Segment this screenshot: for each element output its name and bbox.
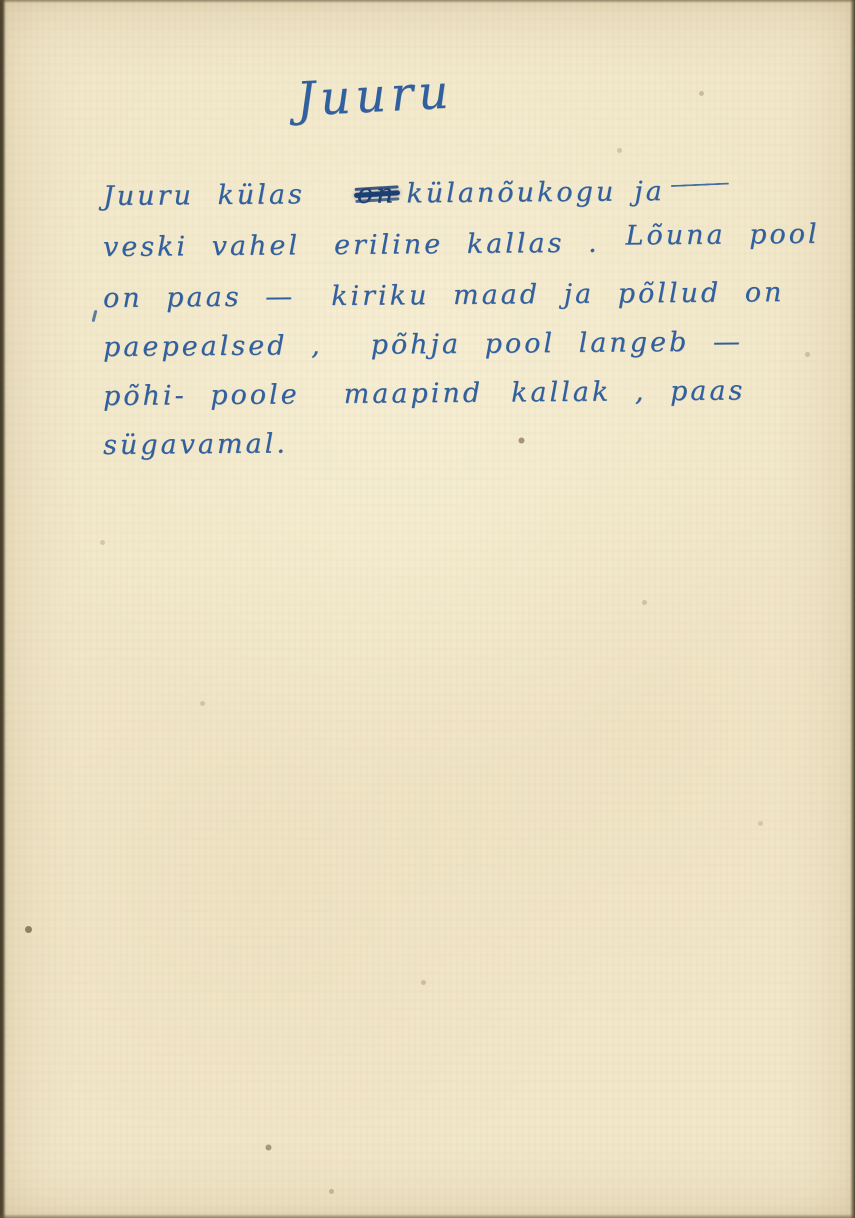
handwriting-segment: külanõukogu [406, 177, 616, 210]
crossed-out-word: on [357, 178, 397, 209]
handwritten-line-5: põhi- poolemaapindkallak , paas [103, 375, 795, 412]
pen-flourish [671, 183, 729, 188]
handwriting-segment: sügavamal. [103, 428, 288, 461]
handwriting-segment: on paas — [103, 281, 295, 314]
dust-specks [0, 0, 3, 3]
handwritten-line-6: sügavamal. [103, 424, 795, 461]
handwritten-line-1: Juuru külasonkülanõukoguja [103, 175, 795, 212]
handwriting-segment: veski vahel [103, 230, 300, 263]
handwriting-segment: paepealsed , [103, 330, 323, 363]
handwritten-line-4: paepealsed ,põhja pool langeb — [103, 326, 795, 363]
handwriting-segment: kiriku maad ja põllud on [331, 277, 785, 312]
handwriting-segment: põhi- poole [103, 379, 300, 412]
handwriting-segment: kallak , paas [511, 375, 746, 408]
scan-edge-right [850, 0, 855, 1218]
handwritten-line-3: on paas —kiriku maad ja põllud on [103, 277, 795, 314]
scan-edge-top [0, 0, 855, 3]
handwriting-segment: Lõuna pool [625, 219, 819, 252]
handwriting-segment: maapind [344, 378, 484, 410]
handwriting-segment: põhja pool langeb — [371, 326, 744, 360]
handwriting-segment: eriline kallas . [334, 228, 600, 261]
scan-edge-left [0, 0, 6, 1218]
handwriting-segment: Juuru külas [103, 179, 305, 212]
page-title: Juuru [295, 43, 855, 127]
scanned-page: Juuru Juuru külasonkülanõukoguja veski v… [0, 0, 855, 1218]
handwritten-line-2: veski vaheleriline kallas .Lõuna pool [103, 226, 795, 263]
handwriting-segment: ja [634, 176, 665, 207]
stray-ink-mark [92, 310, 98, 322]
scan-edge-bottom [0, 1214, 855, 1218]
